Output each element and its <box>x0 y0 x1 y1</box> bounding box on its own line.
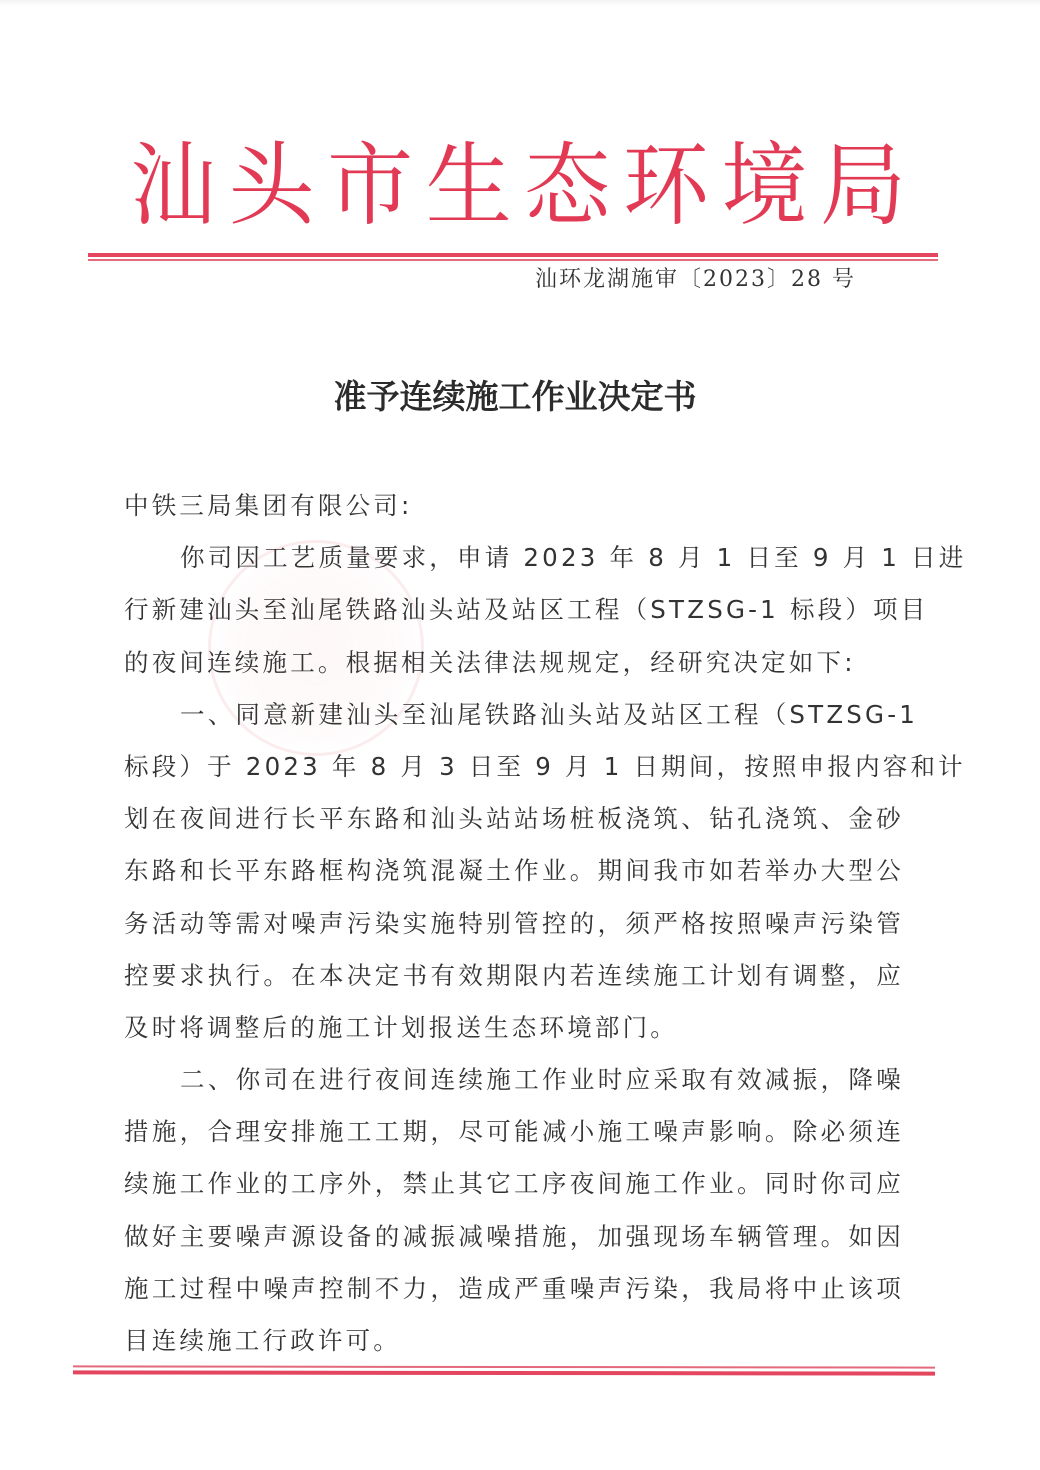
paragraph-line: 行新建汕头至汕尾铁路汕头站及站区工程（STZSG-1 标段）项目 <box>124 584 904 636</box>
document-title: 准予连续施工作业决定书 <box>0 372 1030 422</box>
scan-top-edge <box>0 0 1040 6</box>
paragraph-line: 二、你司在进行夜间连续施工作业时应采取有效减振，降噪 <box>124 1054 904 1106</box>
paragraph-line: 的夜间连续施工。根据相关法律法规规定，经研究决定如下: <box>124 637 904 689</box>
paragraph-line: 标段）于 2023 年 8 月 3 日至 9 月 1 日期间，按照申报内容和计 <box>124 741 904 793</box>
paragraph-item-one: 一、同意新建汕头至汕尾铁路汕头站及站区工程（STZSG-1 标段）于 2023 … <box>124 689 904 1054</box>
paragraph-line: 做好主要噪声源设备的减振减噪措施，加强现场车辆管理。如因 <box>124 1211 904 1263</box>
salutation: 中铁三局集团有限公司: <box>124 480 904 532</box>
paragraph-line: 东路和长平东路框构浇筑混凝土作业。期间我市如若举办大型公 <box>124 845 904 897</box>
masthead-agency-name: 汕 头 市 生 态 环 境 局 <box>128 136 908 236</box>
paragraph-line: 措施，合理安排施工工期，尽可能减小施工噪声影响。除必须连 <box>124 1106 904 1158</box>
document-number: 汕环龙湖施审〔2023〕28 号 <box>535 264 856 296</box>
paragraph-line: 续施工作业的工序外，禁止其它工序夜间施工作业。同时你司应 <box>124 1158 904 1210</box>
document-body: 中铁三局集团有限公司: 你司因工艺质量要求，申请 2023 年 8 月 1 日至… <box>124 480 904 1367</box>
masthead-char: 局 <box>818 134 908 239</box>
masthead-rule-thick <box>88 253 938 257</box>
paragraph-intro: 你司因工艺质量要求，申请 2023 年 8 月 1 日至 9 月 1 日进 行新… <box>124 532 904 689</box>
masthead-char: 生 <box>424 134 514 239</box>
footer-rule-thin <box>73 1365 935 1368</box>
paragraph-line: 划在夜间进行长平东路和汕头站站场桩板浇筑、钻孔浇筑、金砂 <box>124 793 904 845</box>
masthead-char: 市 <box>325 134 415 239</box>
paragraph-line: 一、同意新建汕头至汕尾铁路汕头站及站区工程（STZSG-1 <box>124 689 904 741</box>
masthead-char: 态 <box>522 134 612 239</box>
masthead-char: 头 <box>227 134 317 239</box>
document-page: 汕 头 市 生 态 环 境 局 汕环龙湖施审〔2023〕28 号 准予连续施工作… <box>0 0 1040 1470</box>
footer-rule-thick <box>73 1370 935 1375</box>
masthead-rule-thin <box>88 259 938 261</box>
paragraph-line: 及时将调整后的施工计划报送生态环境部门。 <box>124 1002 904 1054</box>
paragraph-line: 你司因工艺质量要求，申请 2023 年 8 月 1 日至 9 月 1 日进 <box>124 532 904 584</box>
paragraph-item-two: 二、你司在进行夜间连续施工作业时应采取有效减振，降噪 措施，合理安排施工工期，尽… <box>124 1054 904 1367</box>
paragraph-line: 施工过程中噪声控制不力，造成严重噪声污染，我局将中止该项 <box>124 1263 904 1315</box>
paragraph-line: 控要求执行。在本决定书有效期限内若连续施工计划有调整，应 <box>124 950 904 1002</box>
paragraph-line: 目连续施工行政许可。 <box>124 1315 904 1367</box>
masthead-char: 汕 <box>128 134 218 239</box>
masthead-char: 环 <box>621 134 711 239</box>
paragraph-line: 务活动等需对噪声污染实施特别管控的，须严格按照噪声污染管 <box>124 898 904 950</box>
masthead-char: 境 <box>719 134 809 239</box>
